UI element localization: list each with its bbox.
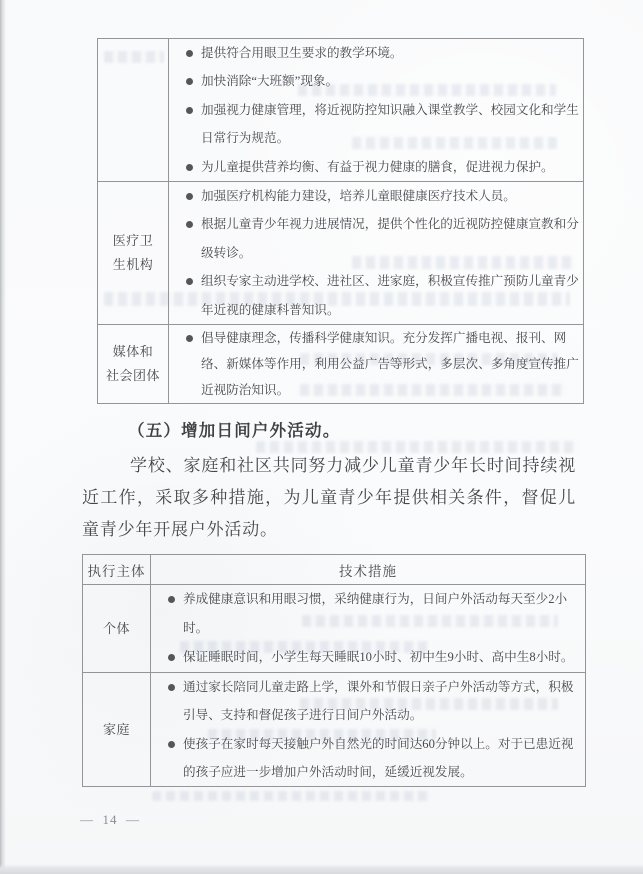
row-label-line: 家庭 xyxy=(103,718,130,742)
measure-item: 使孩子在家时每天接触户外自然光的时间达60分钟以上。对于已患近视的孩子应进一步增… xyxy=(151,730,581,787)
paragraph-line: 学校、家庭和社区共同努力减少儿童青少年长时间持续视 xyxy=(82,450,576,482)
measure-item: 保证睡眠时间，小学生每天睡眠10小时、初中生9小时、高中生8小时。 xyxy=(151,643,581,672)
measure-text: 通过家长陪同儿童走路上学，课外和节假日亲子户外活动等方式，积极引导、支持和督促孩… xyxy=(183,673,577,730)
measure-text: 为儿童提供营养均衡、有益于视力健康的膳食，促进视力保护。 xyxy=(201,153,581,182)
scanned-document-page: 提供符合用眼卫生要求的教学环境。 加快消除“大班额”现象。 加强视力健康管理，将… xyxy=(0,0,643,874)
bullet-icon xyxy=(186,335,193,342)
measure-item: 加强视力健康管理，将近视防控知识融入课堂教学、校园文化和学生日常行为规范。 xyxy=(169,96,581,153)
table-header-row: 执行主体 技术措施 xyxy=(83,555,585,585)
measure-text: 根据儿童青少年视力进展情况，提供个性化的近视防控健康宣教和分级转诊。 xyxy=(201,210,581,267)
bullet-icon xyxy=(186,78,193,85)
row-label-line: 社会团体 xyxy=(106,364,160,388)
measure-item: 养成健康意识和用眼习惯，采纳健康行为，日间户外活动每天至少2小时。 xyxy=(151,585,581,644)
bullet-icon xyxy=(186,107,193,114)
measure-item: 提供符合用眼卫生要求的教学环境。 xyxy=(169,39,581,68)
measure-text: 组织专家主动进学校、进社区、进家庭，积极宣传推广预防儿童青少年近视的健康科普知识… xyxy=(201,267,581,324)
measure-text: 加快消除“大班额”现象。 xyxy=(201,67,581,96)
measure-text: 养成健康意识和用眼习惯，采纳健康行为，日间户外活动每天至少2小时。 xyxy=(183,585,577,644)
table-row-media: 媒体和 社会团体 倡导健康理念，传播科学健康知识。充分发挥广播电视、报刊、网络、… xyxy=(98,325,583,403)
table-row-individual: 个体 养成健康意识和用眼习惯，采纳健康行为，日间户外活动每天至少2小时。 保证睡… xyxy=(83,585,585,673)
bullet-icon xyxy=(186,50,193,57)
body-paragraph: 学校、家庭和社区共同努力减少儿童青少年长时间持续视 近工作，采取多种措施，为儿童… xyxy=(82,450,576,546)
section-heading: （五）增加日间户外活动。 xyxy=(128,419,340,443)
row-label-line: 生机构 xyxy=(113,253,154,277)
bullet-icon xyxy=(168,596,175,603)
scan-edge-bottom xyxy=(0,864,643,874)
measure-item: 加强医疗机构能力建设，培养儿童眼健康医疗技术人员。 xyxy=(169,182,581,211)
bullet-icon xyxy=(186,221,193,228)
measure-item: 为儿童提供营养均衡、有益于视力健康的膳食，促进视力保护。 xyxy=(169,153,581,182)
bullet-icon xyxy=(168,741,175,748)
table-row-school-continued: 提供符合用眼卫生要求的教学环境。 加快消除“大班额”现象。 加强视力健康管理，将… xyxy=(98,39,583,182)
measure-text: 加强视力健康管理，将近视防控知识融入课堂教学、校园文化和学生日常行为规范。 xyxy=(201,96,581,153)
measure-item: 通过家长陪同儿童走路上学，课外和节假日亲子户外活动等方式，积极引导、支持和督促孩… xyxy=(151,673,581,730)
table-row-family: 家庭 通过家长陪同儿童走路上学，课外和节假日亲子户外活动等方式，积极引导、支持和… xyxy=(83,673,585,786)
row-label-line: 媒体和 xyxy=(113,340,154,364)
table-row-medical: 医疗卫 生机构 加强医疗机构能力建设，培养儿童眼健康医疗技术人员。 根据儿童青少… xyxy=(98,182,583,325)
bleedthrough-smudge xyxy=(152,791,430,801)
header-cell-measures: 技术措施 xyxy=(151,555,585,584)
row-label-line: 个体 xyxy=(103,617,130,641)
page-number: — 14 — xyxy=(80,812,140,828)
measure-item: 根据儿童青少年视力进展情况，提供个性化的近视防控健康宣教和分级转诊。 xyxy=(169,210,581,267)
bullet-icon xyxy=(186,278,193,285)
row-label-family: 家庭 xyxy=(83,673,151,786)
row-label-line: 医疗卫 xyxy=(113,229,154,253)
header-cell-executor: 执行主体 xyxy=(83,555,151,584)
outdoor-activities-table: 执行主体 技术措施 个体 养成健康意识和用眼习惯，采纳健康行为，日间户外活动每天… xyxy=(82,554,586,787)
bullet-icon xyxy=(168,684,175,691)
measure-item: 倡导健康理念，传播科学健康知识。充分发挥广播电视、报刊、网络、新媒体等作用，利用… xyxy=(169,325,581,403)
stakeholder-measures-table: 提供符合用眼卫生要求的教学环境。 加快消除“大班额”现象。 加强视力健康管理，将… xyxy=(97,38,584,404)
measure-text: 加强医疗机构能力建设，培养儿童眼健康医疗技术人员。 xyxy=(201,182,581,211)
measure-text: 保证睡眠时间，小学生每天睡眠10小时、初中生9小时、高中生8小时。 xyxy=(183,643,577,672)
bullet-icon xyxy=(168,654,175,661)
scan-edge-left xyxy=(0,0,6,874)
bullet-icon xyxy=(186,164,193,171)
measure-text: 提供符合用眼卫生要求的教学环境。 xyxy=(201,39,581,68)
measure-item: 组织专家主动进学校、进社区、进家庭，积极宣传推广预防儿童青少年近视的健康科普知识… xyxy=(169,267,581,324)
measure-text: 使孩子在家时每天接触户外自然光的时间达60分钟以上。对于已患近视的孩子应进一步增… xyxy=(183,730,577,787)
paragraph-line: 近工作，采取多种措施，为儿童青少年提供相关条件，督促儿 xyxy=(82,482,576,514)
paragraph-line: 童青少年开展户外活动。 xyxy=(82,514,576,546)
row-label-media: 媒体和 社会团体 xyxy=(98,325,169,403)
bullet-icon xyxy=(186,193,193,200)
measure-item: 加快消除“大班额”现象。 xyxy=(169,67,581,96)
row-label-individual: 个体 xyxy=(83,585,151,672)
row-label-medical: 医疗卫 生机构 xyxy=(98,182,169,324)
row-label-empty xyxy=(98,39,169,181)
measure-text: 倡导健康理念，传播科学健康知识。充分发挥广播电视、报刊、网络、新媒体等作用，利用… xyxy=(201,325,581,403)
